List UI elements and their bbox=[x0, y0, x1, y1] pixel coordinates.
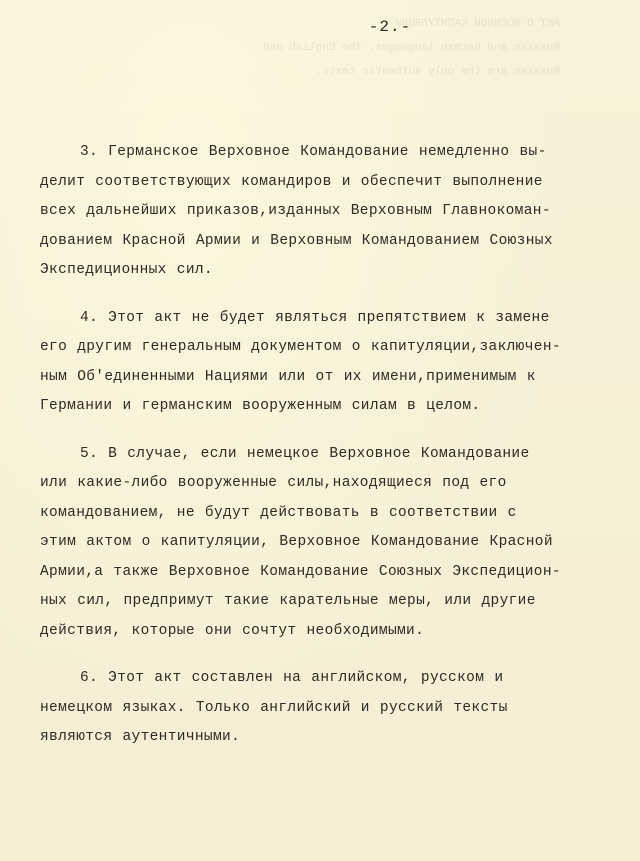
bleed-through-line: Russian and German languages. The Englis… bbox=[140, 36, 560, 60]
paragraph-6: 6. Этот акт составлен на английском, рус… bbox=[40, 664, 620, 753]
paragraph-4: 4. Этот акт не будет являться препятстви… bbox=[40, 304, 620, 422]
text-line: всех дальнейших приказов,изданных Верхов… bbox=[40, 197, 620, 227]
text-line: Экспедиционных сил. bbox=[40, 256, 620, 286]
text-line: Германии и германским вооруженным силам … bbox=[40, 392, 620, 422]
paragraph-3: 3. Германское Верховное Командование нем… bbox=[40, 138, 620, 286]
paragraph-5: 5. В случае, если немецкое Верховное Ком… bbox=[40, 440, 620, 647]
text-line: 5. В случае, если немецкое Верховное Ком… bbox=[40, 440, 620, 470]
bleed-through-line: Russian are the only authentic texts. bbox=[140, 60, 560, 84]
text-line: этим актом о капитуляции, Верховное Кома… bbox=[40, 528, 620, 558]
document-page: АКТ О ВОЕННОЙ КАПИТУЛЯЦИИ Russian and Ge… bbox=[0, 0, 640, 861]
text-line: 4. Этот акт не будет являться препятстви… bbox=[40, 304, 620, 334]
page-number: -2.- bbox=[0, 18, 640, 36]
text-line: его другим генеральным документом о капи… bbox=[40, 333, 620, 363]
text-line: делит соответствующих командиров и обесп… bbox=[40, 168, 620, 198]
document-body: 3. Германское Верховное Командование нем… bbox=[40, 138, 620, 771]
text-line: действия, которые они сочтут необходимым… bbox=[40, 617, 620, 647]
text-line: командованием, не будут действовать в со… bbox=[40, 499, 620, 529]
text-line: немецком языках. Только английский и рус… bbox=[40, 694, 620, 724]
text-line: Армии,а также Верховное Командование Сою… bbox=[40, 558, 620, 588]
text-line: 6. Этот акт составлен на английском, рус… bbox=[40, 664, 620, 694]
text-line: 3. Германское Верховное Командование нем… bbox=[40, 138, 620, 168]
text-line: дованием Красной Армии и Верховным Коман… bbox=[40, 227, 620, 257]
text-line: или какие-либо вооруженные силы,находящи… bbox=[40, 469, 620, 499]
text-line: ным Об'единенными Нациями или от их имен… bbox=[40, 363, 620, 393]
text-line: ных сил, предпримут такие карательные ме… bbox=[40, 587, 620, 617]
text-line: являются аутентичными. bbox=[40, 723, 620, 753]
